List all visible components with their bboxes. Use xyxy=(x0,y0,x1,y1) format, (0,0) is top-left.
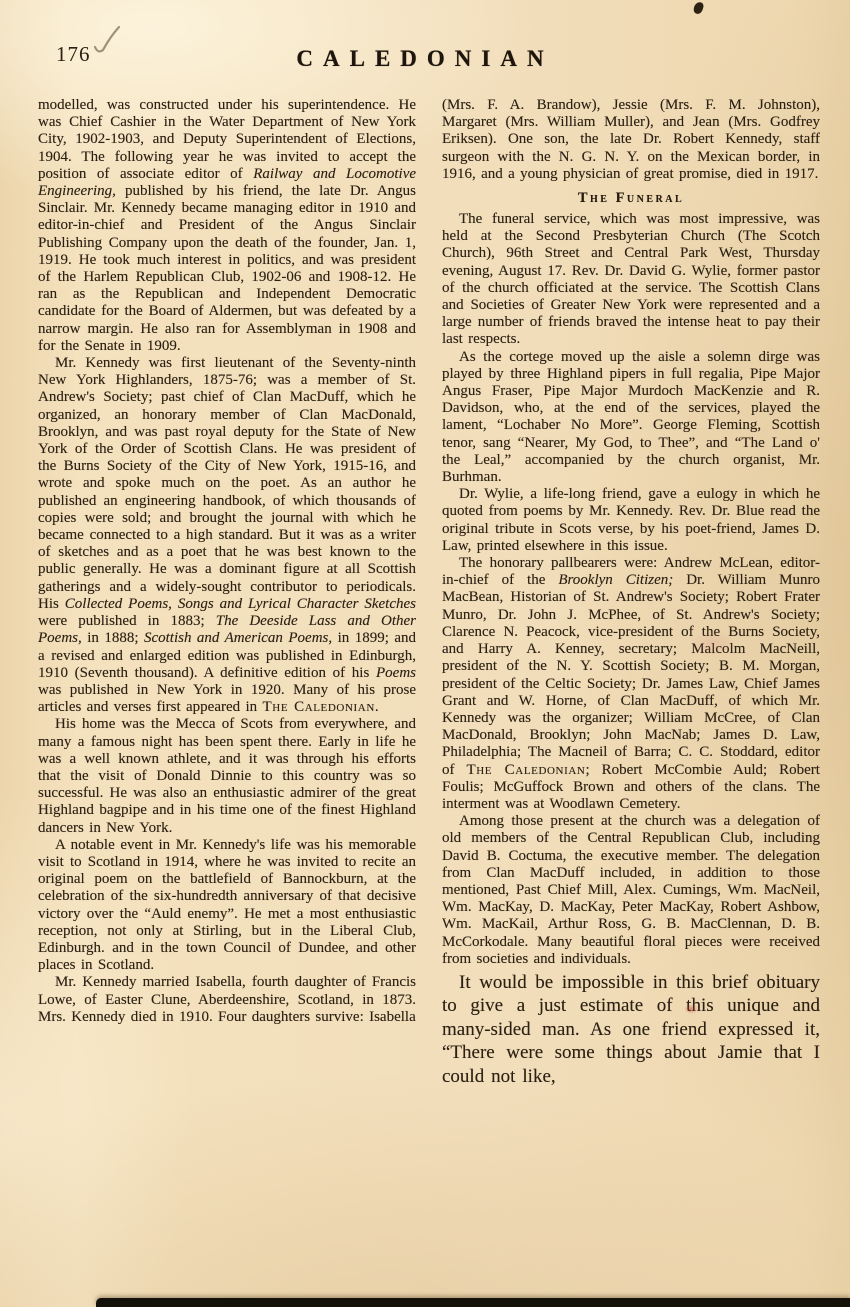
right-column: (Mrs. F. A. Brandow), Jessie (Mrs. F. M.… xyxy=(442,97,820,1088)
paragraph: Mr. Kennedy was first lieutenant of the … xyxy=(38,355,416,716)
text-run: Mr. Kennedy married Isabella, fourth dau… xyxy=(38,974,416,1024)
paragraph: Among those present at the church was a … xyxy=(442,813,820,968)
paragraph: Dr. Wylie, a life-long friend, gave a eu… xyxy=(442,486,820,555)
text-run: . xyxy=(375,699,379,715)
text-run: As the cortege moved up the aisle a sole… xyxy=(442,349,820,485)
text-run: The funeral service, which was most impr… xyxy=(442,211,820,347)
text-run: Dr. Wylie, a life-long friend, gave a eu… xyxy=(442,486,820,554)
paragraph: It would be impossible in this brief obi… xyxy=(442,971,820,1088)
paragraph: modelled, was constructed under his supe… xyxy=(38,97,416,355)
text-run: were published in 1883; xyxy=(38,613,216,629)
italic-text: Scottish and American Poems, xyxy=(144,630,332,646)
text-run: His home was the Mecca of Scots from eve… xyxy=(38,716,416,835)
text-run: It would be impossible in this brief obi… xyxy=(442,972,820,1087)
paragraph: (Mrs. F. A. Brandow), Jessie (Mrs. F. M.… xyxy=(442,97,820,183)
paragraph: A notable event in Mr. Kennedy's life wa… xyxy=(38,837,416,975)
text-run: in 1888; xyxy=(82,630,144,646)
smallcaps-text: The Caledonian xyxy=(466,762,585,778)
paragraph: The funeral service, which was most impr… xyxy=(442,211,820,349)
text-run: published by his friend, the late Dr. An… xyxy=(38,183,416,354)
ink-spot xyxy=(693,1,705,15)
scan-shadow-strip xyxy=(96,1298,850,1307)
paragraph: Mr. Kennedy married Isabella, fourth dau… xyxy=(38,974,416,1026)
left-column: modelled, was constructed under his supe… xyxy=(38,97,416,1088)
text-run: Among those present at the church was a … xyxy=(442,813,820,967)
italic-text: Brooklyn Citizen; xyxy=(558,572,673,588)
italic-text: Poems xyxy=(376,665,416,681)
text-run: (Mrs. F. A. Brandow), Jessie (Mrs. F. M.… xyxy=(442,97,820,182)
text-run: Mr. Kennedy was first lieutenant of the … xyxy=(38,355,416,612)
text-run: A notable event in Mr. Kennedy's life wa… xyxy=(38,837,416,973)
masthead-title: CALEDONIAN xyxy=(0,46,850,72)
section-heading: The Funeral xyxy=(442,190,820,207)
paragraph: His home was the Mecca of Scots from eve… xyxy=(38,716,416,836)
smallcaps-text: The Caledonian xyxy=(263,699,375,715)
scanned-page: 176 CALEDONIAN modelled, was constructed… xyxy=(0,0,850,1307)
paragraph: The honorary pallbearers were: Andrew Mc… xyxy=(442,555,820,813)
article-columns: modelled, was constructed under his supe… xyxy=(38,97,820,1088)
text-run: Dr. William Munro MacBean, Historian of … xyxy=(442,572,820,777)
paragraph: As the cortege moved up the aisle a sole… xyxy=(442,349,820,487)
italic-text: Collected Poems, Songs and Lyrical Chara… xyxy=(65,596,416,612)
